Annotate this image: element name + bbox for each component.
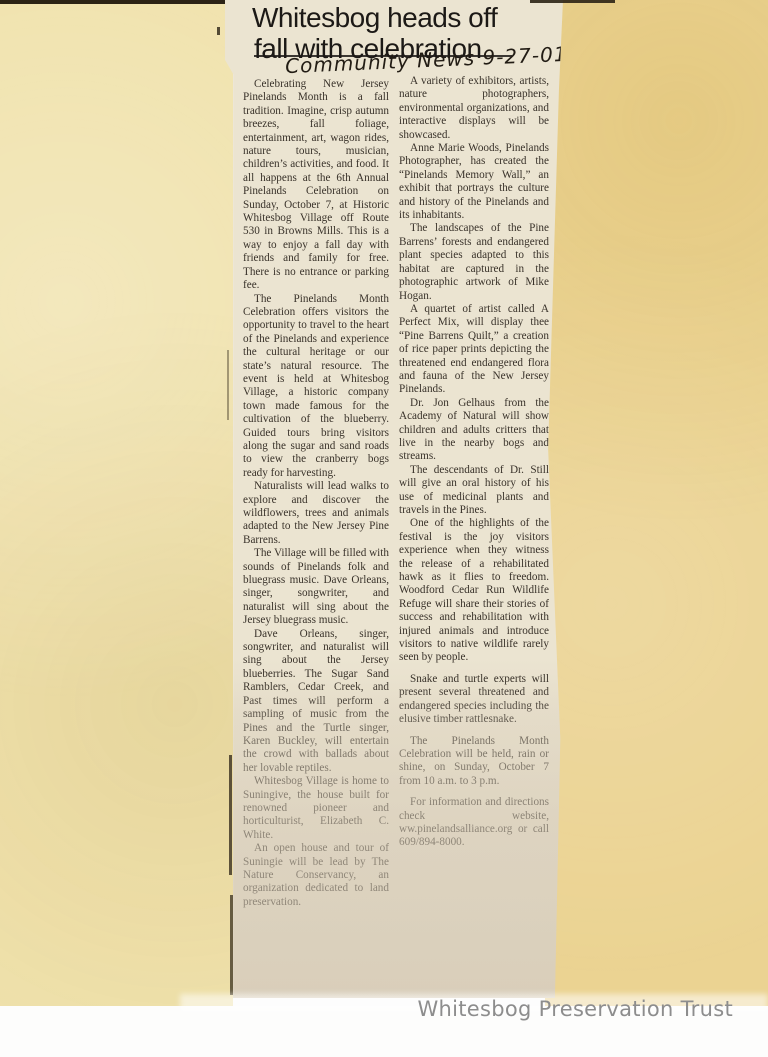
article-paragraph: An open house and tour of Suningie will … [243,842,389,909]
article-paragraph: Whitesbog Village is home to Suningive, … [243,775,389,842]
article-paragraph: Snake and turtle experts will present se… [399,673,549,727]
scanned-page: Whitesbog heads off fall with celebratio… [0,0,768,1057]
article-paragraph: For information and directions check web… [399,796,549,850]
article-paragraph: A quartet of artist called A Perfect Mix… [399,303,549,397]
newspaper-clipping: Whitesbog heads off fall with celebratio… [225,0,563,998]
article-paragraph: Dave Orleans, singer, songwriter, and na… [243,628,389,775]
article-paragraph: Celebrating New Jersey Pinelands Month i… [243,78,389,293]
article-paragraph: The landscapes of the Pine Barrens’ fore… [399,222,549,302]
article-paragraph: The Pinelands Month Celebration will be … [399,735,549,789]
scan-edge-top-left [0,0,225,4]
scan-edge-top-right [530,0,615,3]
backing-paper-right [545,0,768,1008]
ink-speck [217,27,220,35]
article-column-left: Celebrating New Jersey Pinelands Month i… [243,78,389,909]
clipping-edge-shadow [229,755,232,875]
article-paragraph: Anne Marie Woods, Pinelands Photographer… [399,142,549,222]
headline-line1: Whitesbog heads off [252,2,497,34]
article-paragraph: One of the highlights of the festival is… [399,517,549,664]
article-paragraph: The descendants of Dr. Still will give a… [399,464,549,518]
article-paragraph: Naturalists will lead walks to explore a… [243,480,389,547]
article-paragraph: Dr. Jon Gelhaus from the Academy of Natu… [399,397,549,464]
clipping-edge-shadow [230,895,233,995]
clipping-edge-shadow [227,350,229,420]
backing-paper-left [0,0,233,1008]
article-paragraph: The Pinelands Month Celebration offers v… [243,293,389,481]
article-paragraph: A variety of exhibitors, artists, nature… [399,75,549,142]
article-paragraph: The Village will be filled with sounds o… [243,547,389,627]
watermark-text: Whitesbog Preservation Trust [417,997,733,1021]
article-column-right: A variety of exhibitors, artists, nature… [399,75,549,850]
